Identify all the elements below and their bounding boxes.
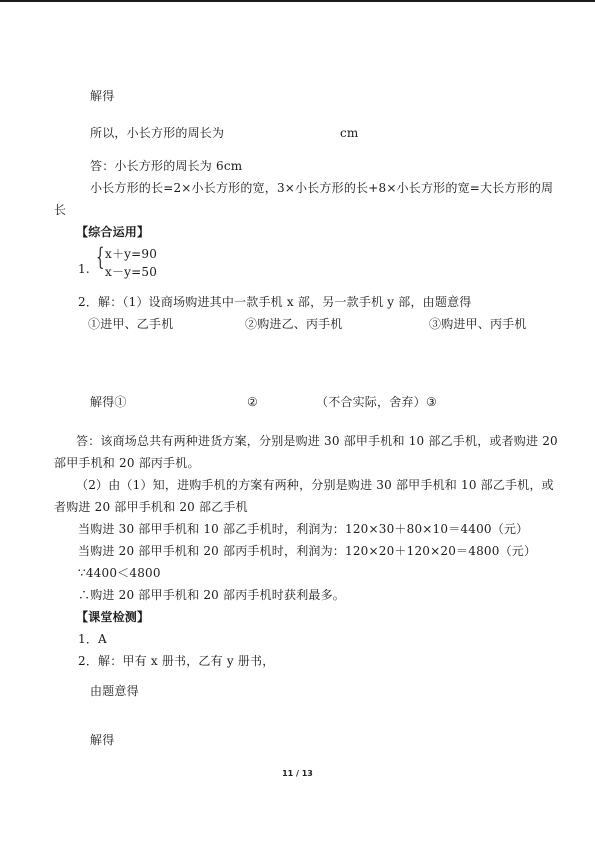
q2-answer-line-2: 部甲手机和 20 部丙手机。 bbox=[54, 456, 200, 470]
perimeter-line: 所以，小长方形的周长为 bbox=[90, 126, 224, 140]
because-line: ∵4400＜4800 bbox=[78, 566, 161, 580]
check-q2-intro: 2．解：甲有 x 册书，乙有 y 册书， bbox=[78, 654, 274, 668]
profit-line-2: 当购进 20 部甲手机和 20 部丙手机时，利润为：120×20＋120×20＝… bbox=[78, 544, 536, 558]
q2-solve-3: ③ bbox=[426, 395, 437, 409]
q2-discard-note: （不合实际，舍弃） bbox=[316, 395, 426, 409]
section-heading-classroom-check: 【课堂检测】 bbox=[76, 610, 149, 624]
perimeter-unit: cm bbox=[340, 126, 359, 140]
check-q1: 1．A bbox=[78, 632, 107, 646]
relation-line-2: 长 bbox=[54, 203, 66, 217]
relation-line-1: 小长方形的长=2×小长方形的宽，3×小长方形的长+8×小长方形的宽=大长方形的周 bbox=[90, 181, 553, 195]
equation-brace-icon: { bbox=[96, 245, 104, 269]
q2-part2-line-1: （2）由（1）知，进购手机的方案有两种，分别是购进 30 部甲手机和 10 部乙… bbox=[76, 478, 554, 492]
q1-equation-2: x－y=50 bbox=[105, 265, 157, 279]
q2-intro: 2．解：（1）设商场购进其中一款手机 x 部，另一款手机 y 部，由题意得 bbox=[78, 295, 471, 309]
section-heading-comprehensive: 【综合运用】 bbox=[76, 225, 149, 239]
check-q2-solve: 解得 bbox=[90, 733, 114, 747]
q1-number: 1. bbox=[78, 262, 90, 276]
solve-label: 解得 bbox=[90, 89, 114, 103]
q2-solve-1: 解得① bbox=[90, 395, 127, 409]
page-number: 11 / 13 bbox=[0, 769, 595, 779]
q2-part2-line-2: 者购进 20 部甲手机和 20 部乙手机 bbox=[54, 500, 248, 514]
q2-solve-2: ② bbox=[247, 395, 258, 409]
q2-case-1: ①进甲、乙手机 bbox=[88, 317, 173, 331]
check-q2-setup: 由题意得 bbox=[90, 684, 139, 698]
q2-answer-line-1: 答：该商场总共有两种进货方案，分别是购进 30 部甲手机和 10 部乙手机，或者… bbox=[76, 434, 558, 448]
answer-line: 答：小长方形的周长为 6cm bbox=[90, 159, 242, 173]
top-border-rule bbox=[0, 0, 595, 2]
q2-case-2: ②购进乙、丙手机 bbox=[245, 317, 343, 331]
profit-line-1: 当购进 30 部甲手机和 10 部乙手机时，利润为：120×30＋80×10＝4… bbox=[78, 522, 528, 536]
q2-case-3: ③购进甲、丙手机 bbox=[429, 317, 527, 331]
q1-equation-1: x＋y=90 bbox=[105, 247, 157, 261]
therefore-line: ∴购进 20 部甲手机和 20 部丙手机时获利最多。 bbox=[78, 588, 345, 602]
